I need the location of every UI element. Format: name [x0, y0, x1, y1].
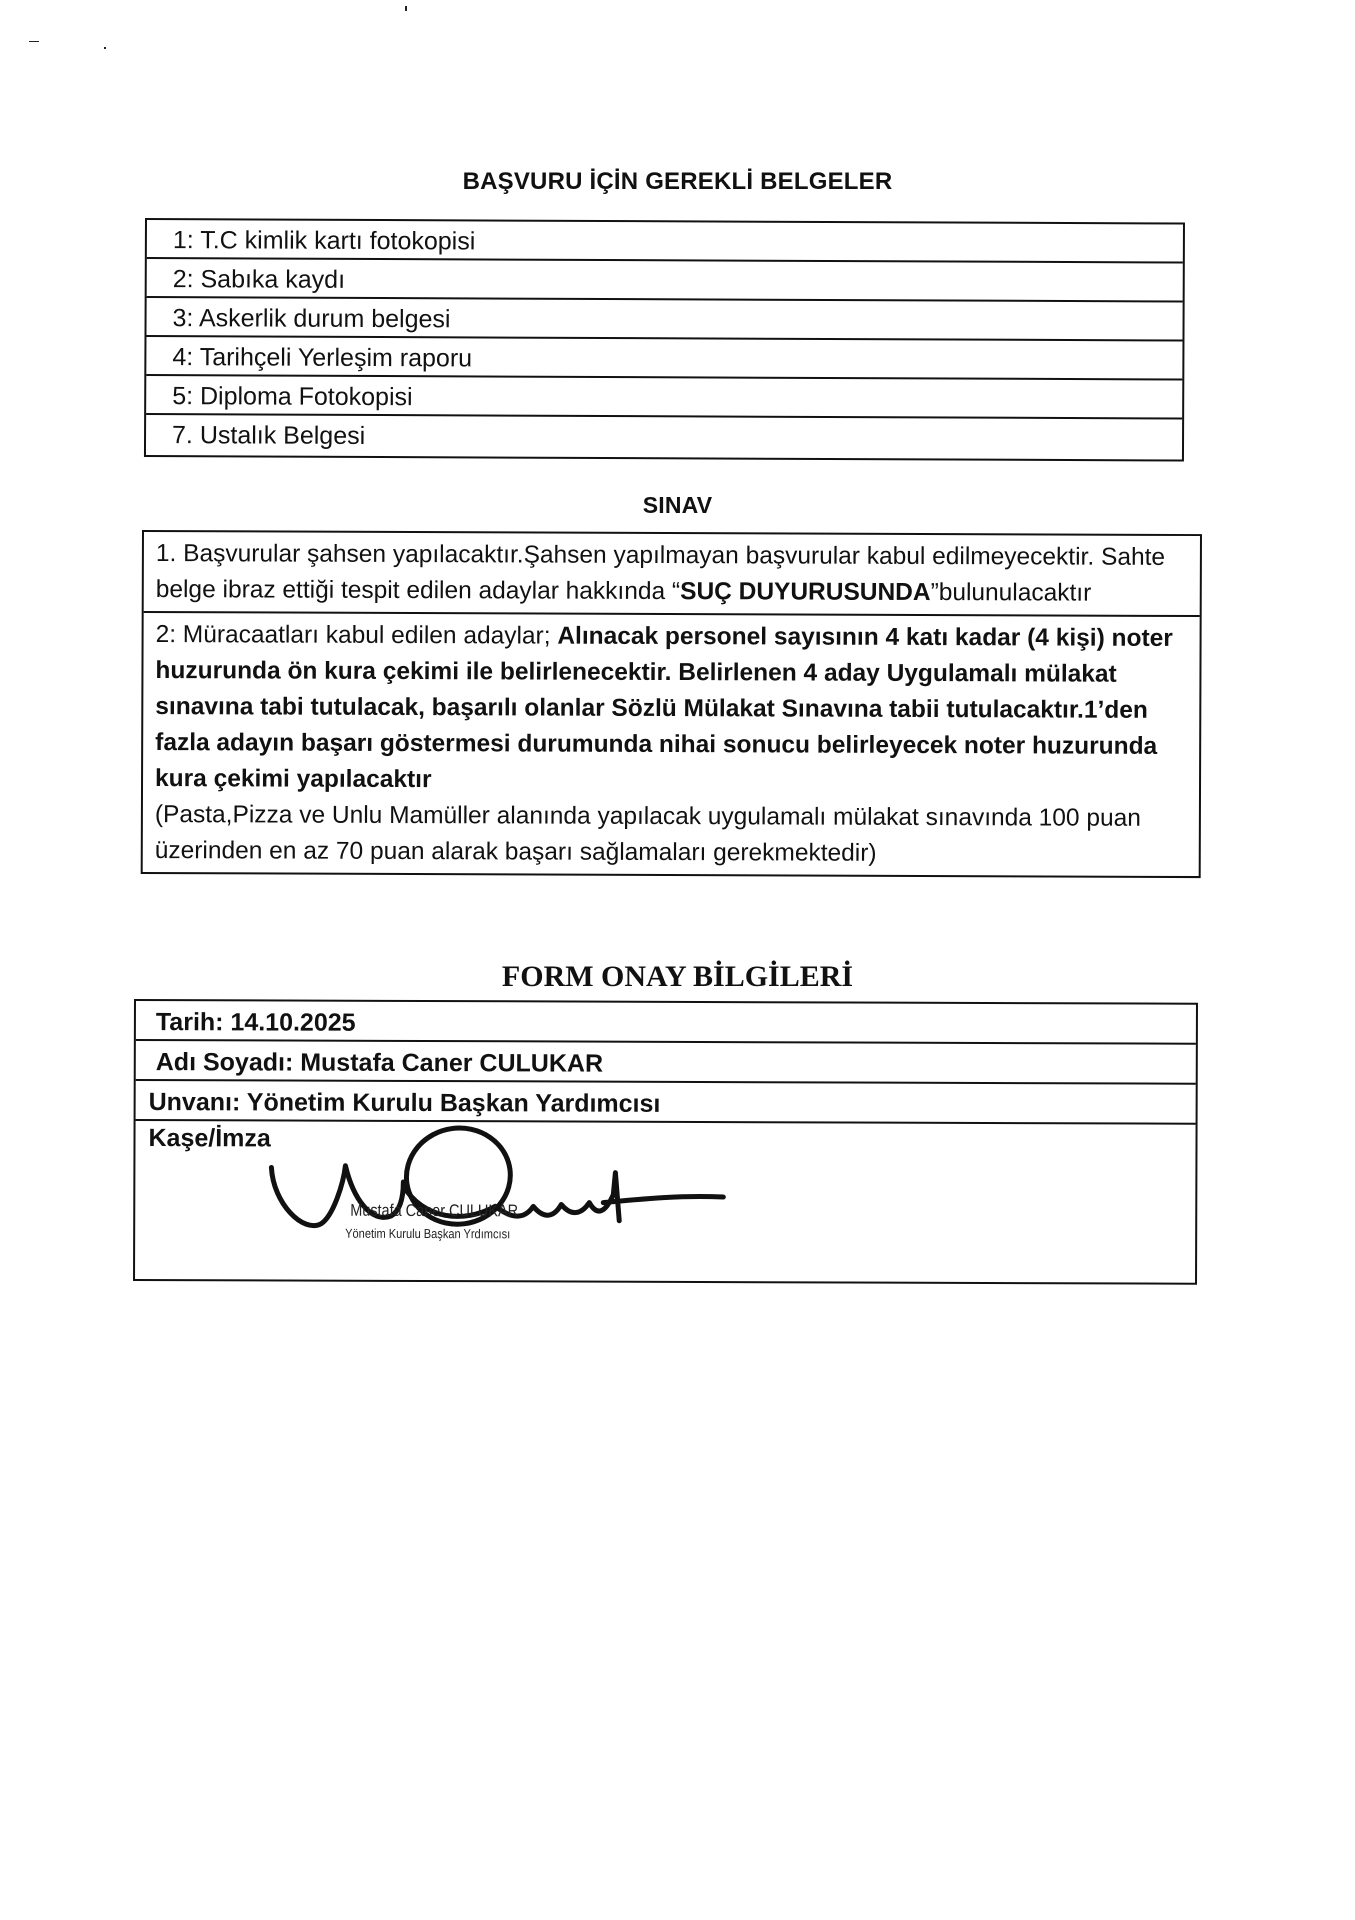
- scan-speck: [104, 47, 106, 49]
- exam-rule-2-note: (Pasta,Pizza ve Unlu Mamüller alanında y…: [155, 801, 1141, 867]
- document-row: 1: T.C kimlik kartı fotokopisi: [147, 220, 1183, 264]
- exam-rule-2-text: 2: Müracaatları kabul edilen adaylar;: [156, 621, 558, 650]
- exam-rule-1-bold: SUÇ DUYURUSUNDA: [680, 578, 931, 606]
- form-approval-title: FORM ONAY BİLGİLERİ: [0, 960, 1355, 994]
- exam-rule-1-text-end: ”bulunulacaktır: [931, 579, 1092, 607]
- scan-speck: [29, 41, 39, 42]
- stamp-signature-label: Kaşe/İmza: [148, 1124, 270, 1152]
- exam-rule-2: 2: Müracaatları kabul edilen adaylar; Al…: [143, 613, 1200, 876]
- document-row: 2: Sabıka kaydı: [147, 259, 1183, 303]
- exam-rules-box: 1. Başvurular şahsen yapılacaktır.Şahsen…: [141, 530, 1202, 878]
- scan-speck: [405, 6, 407, 11]
- form-approval-box: Tarih: 14.10.2025 Adı Soyadı: Mustafa Ca…: [133, 999, 1198, 1285]
- stamp-title: Yönetim Kurulu Başkan Yrdımcısı: [345, 1226, 510, 1243]
- approval-position: Unvanı: Yönetim Kurulu Başkan Yardımcısı: [136, 1081, 1196, 1125]
- approval-name: Adı Soyadı: Mustafa Caner CULUKAR: [136, 1041, 1196, 1085]
- required-documents-title: BAŞVURU İÇİN GEREKLİ BELGELER: [0, 168, 1355, 196]
- document-row: 5: Diploma Fotokopisi: [146, 376, 1182, 420]
- document-row: 4: Tarihçeli Yerleşim raporu: [146, 337, 1182, 381]
- document-row: 3: Askerlik durum belgesi: [146, 298, 1182, 342]
- stamp-name: Mustafa Caner CULUKAR: [350, 1202, 518, 1221]
- document-row: 7. Ustalık Belgesi: [146, 415, 1182, 460]
- exam-title: SINAV: [0, 492, 1355, 519]
- exam-rule-1: 1. Başvurular şahsen yapılacaktır.Şahsen…: [144, 532, 1200, 617]
- stamp-signature-cell: Kaşe/İmza Mustafa Caner CULUKAR Yönetim …: [135, 1121, 1196, 1283]
- required-documents-table: 1: T.C kimlik kartı fotokopisi 2: Sabıka…: [144, 218, 1185, 462]
- approval-date: Tarih: 14.10.2025: [136, 1001, 1196, 1045]
